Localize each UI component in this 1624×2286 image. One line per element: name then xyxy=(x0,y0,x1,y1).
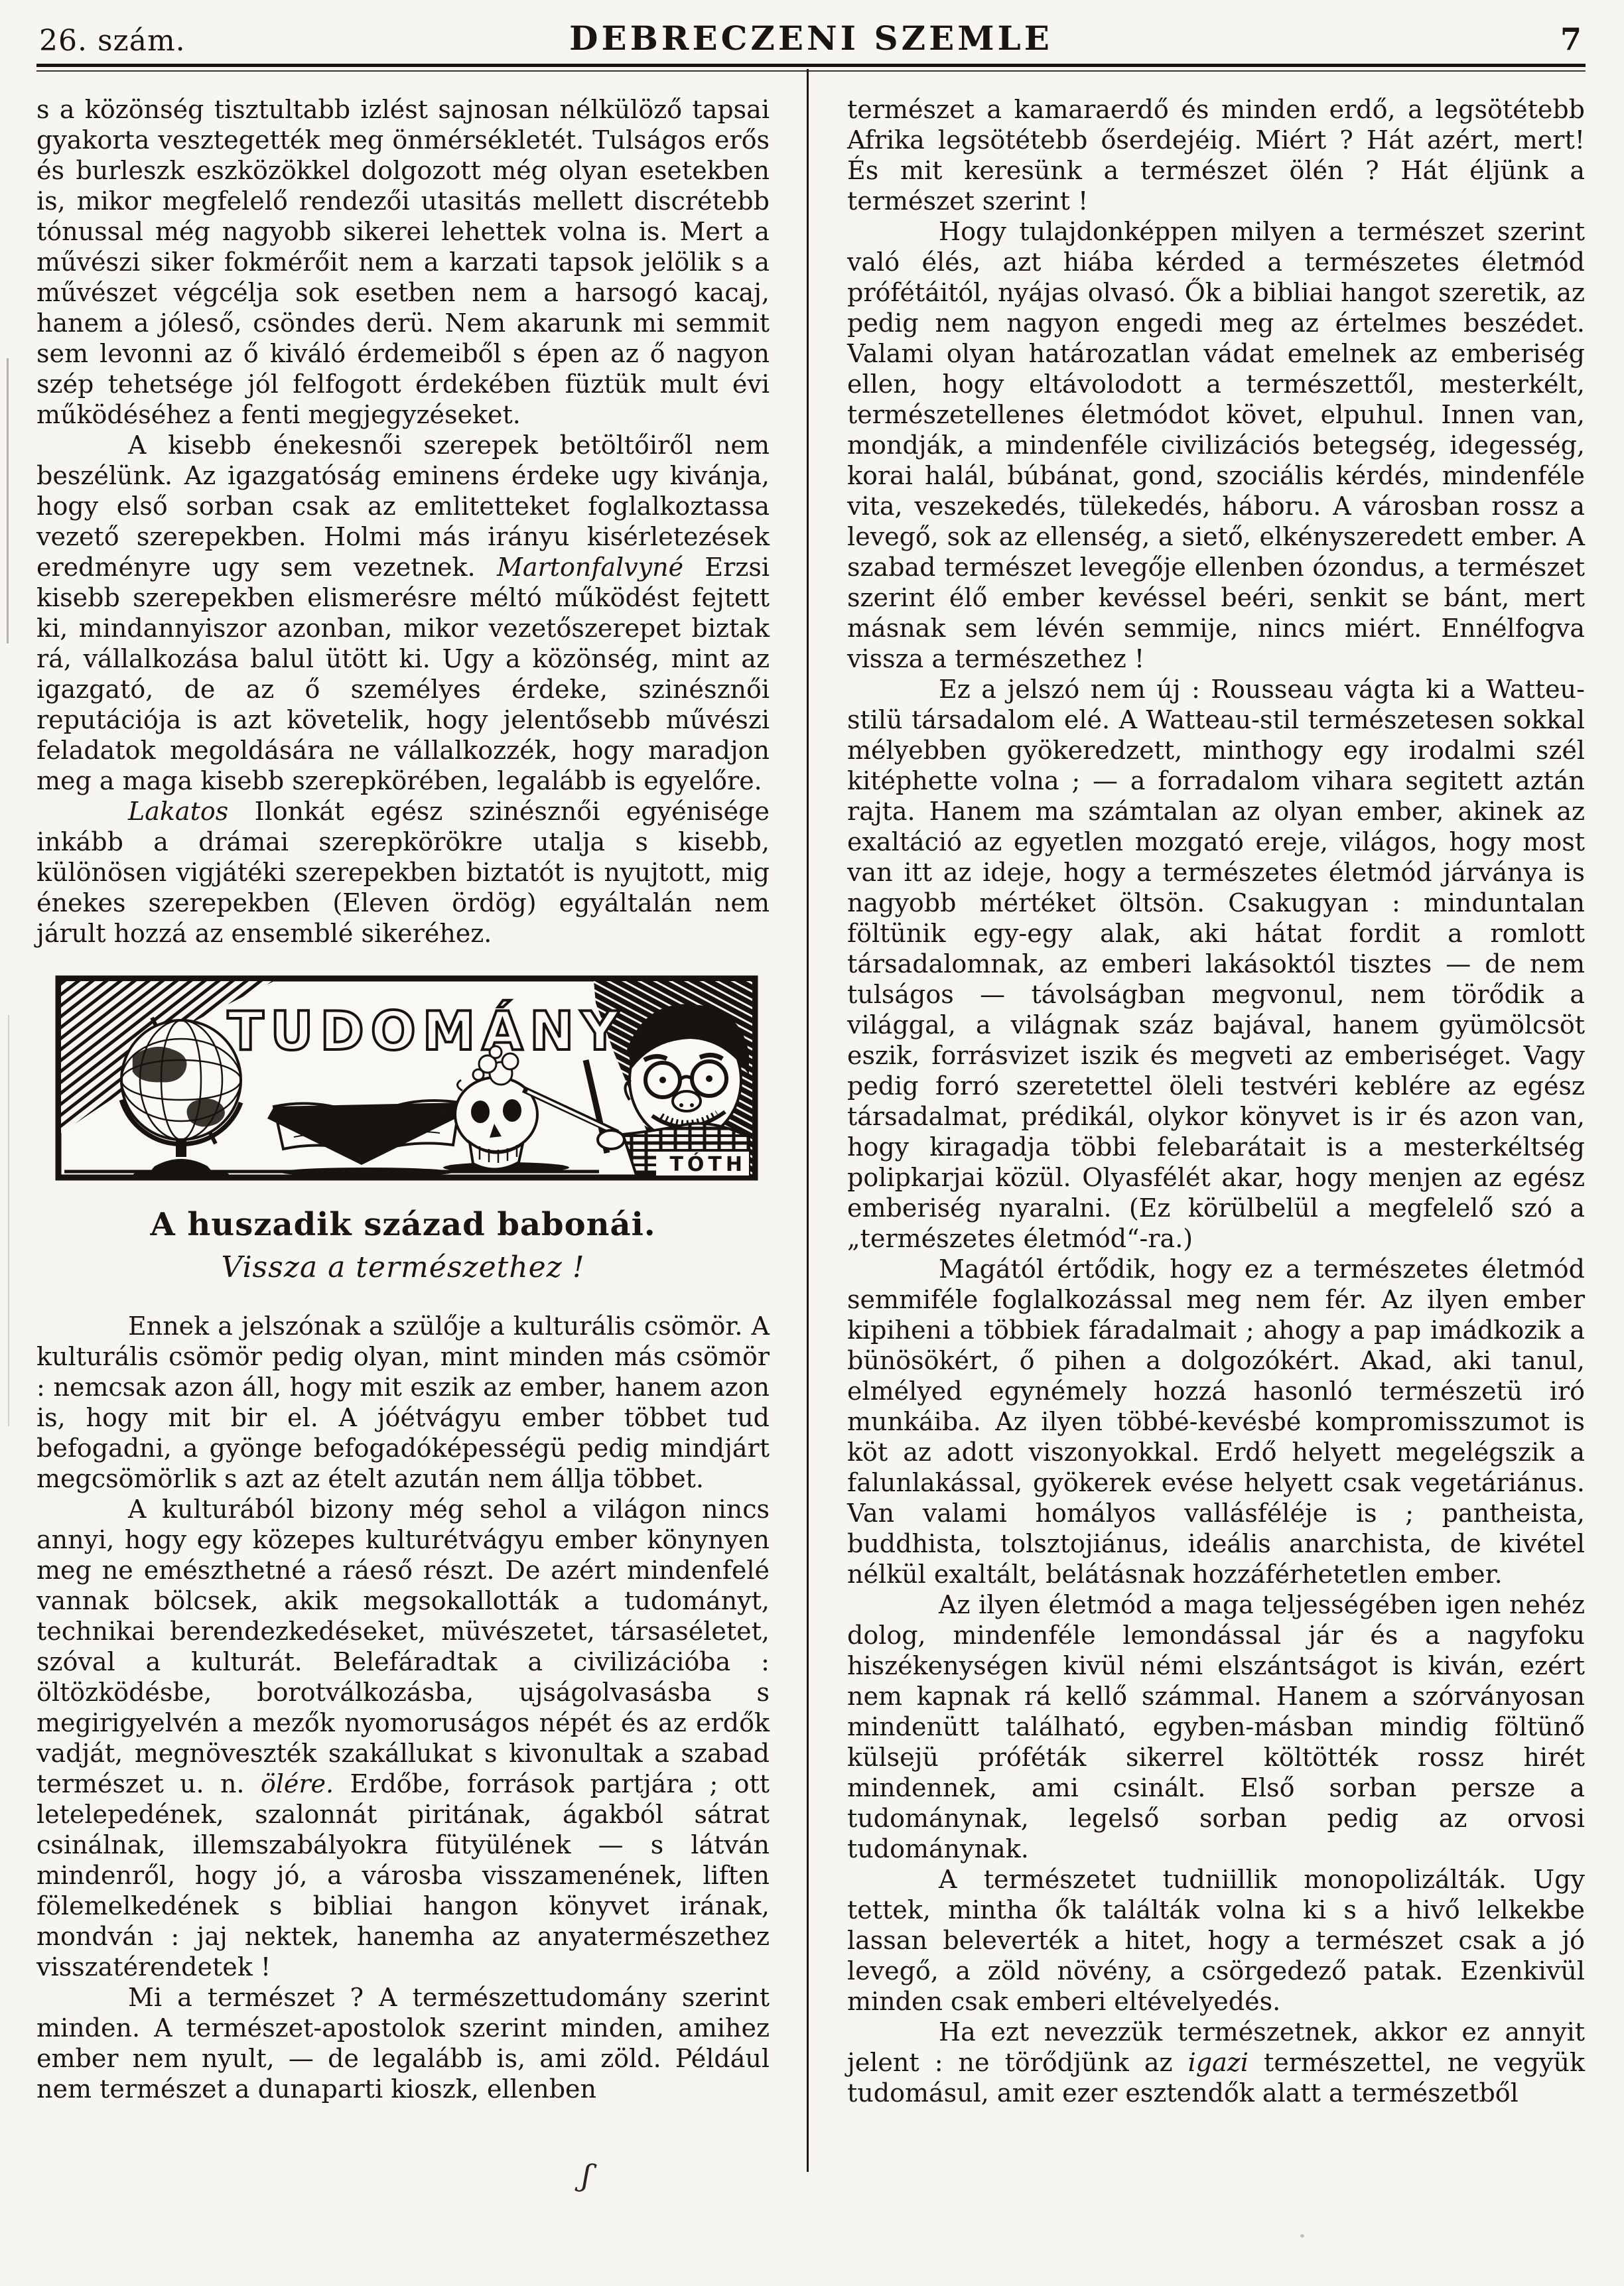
scan-scratch xyxy=(7,358,9,643)
left-column: s a közönség tisztultabb izlést sajnosan… xyxy=(36,94,770,2104)
paragraph: Lakatos Ilonkát egész szinésznői egyénis… xyxy=(36,796,770,949)
caricature-face xyxy=(623,1004,749,1175)
paragraph: Ez a jelszó nem új : Rousseau vágta ki a… xyxy=(847,674,1585,1254)
page-header: 26. szám. DEBRECZENI SZEMLE 7 xyxy=(36,17,1586,61)
print-artifact: ʃ xyxy=(580,2157,593,2193)
article-title: A huszadik század babonái. xyxy=(36,1205,770,1244)
newspaper-title: DEBRECZENI SZEMLE xyxy=(569,19,1053,58)
paragraph: Hogy tulajdonképpen milyen a természet s… xyxy=(847,216,1585,674)
paragraph: természet a kamaraerdő és minden erdő, a… xyxy=(847,94,1585,216)
issue-number: 26. szám. xyxy=(39,24,186,58)
paragraph: Magától értődik, hogy ez a természetes é… xyxy=(847,1254,1585,1589)
left-column-bottom-paragraphs: Ennek a jelszónak a szülője a kulturális… xyxy=(36,1311,770,2104)
paragraph: A kisebb énekesnői szerepek betöltőiről … xyxy=(36,430,770,796)
cartoon-illustration: TUDOMÁNY xyxy=(55,975,758,1181)
scan-speck xyxy=(1300,2234,1304,2238)
banner-text: TUDOMÁNY xyxy=(228,1000,626,1062)
right-column: természet a kamaraerdő és minden erdő, a… xyxy=(847,94,1585,2108)
left-column-top-paragraphs: s a közönség tisztultabb izlést sajnosan… xyxy=(36,94,770,949)
artist-signature: TÓTH xyxy=(669,1152,746,1176)
column-divider xyxy=(807,69,809,2172)
paragraph: s a közönség tisztultabb izlést sajnosan… xyxy=(36,94,770,430)
paragraph: Ha ezt nevezzük természetnek, akkor ez a… xyxy=(847,2017,1585,2108)
paragraph: Az ilyen életmód a maga teljességében ig… xyxy=(847,1589,1585,1864)
paragraph: A kulturából bizony még sehol a világon … xyxy=(36,1494,770,1982)
paragraph: A természetet tudniillik monopolizálták.… xyxy=(847,1864,1585,2017)
right-column-paragraphs: természet a kamaraerdő és minden erdő, a… xyxy=(847,94,1585,2108)
newspaper-page: 26. szám. DEBRECZENI SZEMLE 7 s a közöns… xyxy=(0,0,1624,2286)
paragraph: Mi a természet ? A természettudomány sze… xyxy=(36,1982,770,2104)
scan-scratch xyxy=(8,1015,9,1426)
scan-speck xyxy=(1534,259,1538,263)
cartoon-svg: TUDOMÁNY xyxy=(55,975,758,1181)
header-rule xyxy=(36,64,1586,72)
paragraph: Ennek a jelszónak a szülője a kulturális… xyxy=(36,1311,770,1494)
article-subtitle: Vissza a természethez ! xyxy=(36,1252,770,1283)
page-number: 7 xyxy=(1560,21,1582,57)
